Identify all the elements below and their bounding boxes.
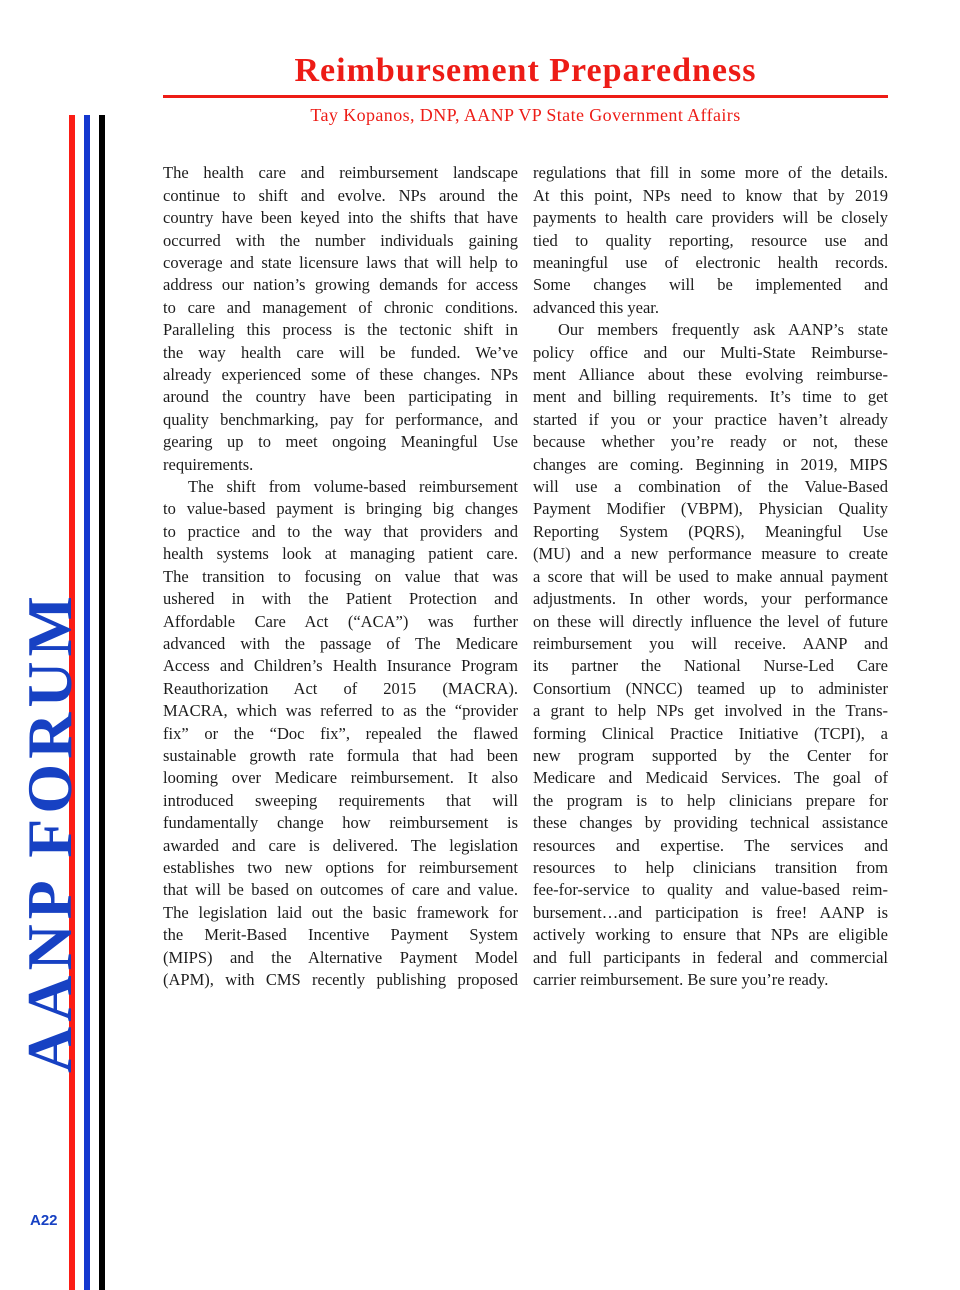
text-line: changes are coming. Beginning in 2019, M… [533,454,888,476]
text-line: payments to health care providers will b… [533,207,888,229]
text-line: quality benchmarking, pay for performanc… [163,409,518,431]
text-line: establishes two new options for reimburs… [163,857,518,879]
text-line: carrier reimbursement. Be sure you’re re… [533,969,888,991]
text-line: requirements. [163,454,518,476]
text-line: Reporting System (PQRS), Meaningful Use [533,521,888,543]
text-line: Reauthorization Act of 2015 (MACRA). [163,678,518,700]
text-line: advanced this year. [533,297,888,319]
text-line: Our members frequently ask AANP’s state [533,319,888,341]
text-line: actively working to ensure that NPs are … [533,924,888,946]
text-line: the way health care will be funded. We’v… [163,342,518,364]
text-line: country have been keyed into the shifts … [163,207,518,229]
text-line: ment Alliance about these evolving reimb… [533,364,888,386]
text-line: fundamentally change how reimbursement i… [163,812,518,834]
text-line: a grant to help NPs get involved in the … [533,700,888,722]
text-line: tied to quality reporting, resource use … [533,230,888,252]
article-byline: Tay Kopanos, DNP, AANP VP State Governme… [163,105,888,126]
text-line: fix” or the “Doc fix”, repealed the flaw… [163,723,518,745]
text-line: resources and expertise. The services an… [533,835,888,857]
text-line: on these will directly influence the lev… [533,611,888,633]
text-line: coverage and state licensure laws that w… [163,252,518,274]
text-line: (APM), with CMS recently publishing prop… [163,969,518,991]
text-line: Medicare and Medicaid Services. The goal… [533,767,888,789]
text-line: started if you or your practice haven’t … [533,409,888,431]
text-line: The legislation laid out the basic frame… [163,902,518,924]
text-line: occurred with the number individuals gai… [163,230,518,252]
text-line: The health care and reimbursement landsc… [163,162,518,184]
text-line: gearing up to meet ongoing Meaningful Us… [163,431,518,453]
text-line: ment and billing requirements. It’s time… [533,386,888,408]
text-line: and full participants in federal and com… [533,947,888,969]
text-line: address our nation’s growing demands for… [163,274,518,296]
text-line: health systems look at managing patient … [163,543,518,565]
text-line: advanced with the passage of The Medicar… [163,633,518,655]
article-content: Reimbursement Preparedness Tay Kopanos, … [163,0,888,991]
text-line: Affordable Care Act (“ACA”) was further [163,611,518,633]
text-line: forming Clinical Practice Initiative (TC… [533,723,888,745]
text-line: adjustments. In other words, your perfor… [533,588,888,610]
article-title: Reimbursement Preparedness [163,52,888,89]
text-line: (MIPS) and the Alternative Payment Model [163,947,518,969]
magazine-page: AANP FORUM A22 Reimbursement Preparednes… [0,0,960,1290]
text-line: the Merit-Based Incentive Payment System [163,924,518,946]
text-line: to care and management of chronic condit… [163,297,518,319]
text-line: policy office and our Multi-State Reimbu… [533,342,888,364]
text-line: regulations that fill in some more of th… [533,162,888,184]
text-line: continue to shift and evolve. NPs around… [163,185,518,207]
text-line: the program is to help clinicians prepar… [533,790,888,812]
text-line: fee-for-service to quality and value-bas… [533,879,888,901]
text-line: sustainable growth rate formula that had… [163,745,518,767]
text-column-right: regulations that fill in some more of th… [533,162,888,991]
text-line: introduced sweeping requirements that wi… [163,790,518,812]
text-line: The shift from volume-based reimbursemen… [163,476,518,498]
text-line: bursement…and participation is free! AAN… [533,902,888,924]
text-line: (MU) and a new performance measure to cr… [533,543,888,565]
text-line: The transition to focusing on value that… [163,566,518,588]
text-line: Some changes will be implemented and [533,274,888,296]
text-line: ushered in with the Patient Protection a… [163,588,518,610]
text-line: a score that will be used to make annual… [533,566,888,588]
text-column-left: The health care and reimbursement landsc… [163,162,518,991]
text-line: Payment Modifier (VBPM), Physician Quali… [533,498,888,520]
text-line: awarded and care is delivered. The legis… [163,835,518,857]
text-line: At this point, NPs need to know that by … [533,185,888,207]
text-line: MACRA, which was referred to as the “pro… [163,700,518,722]
title-rule [163,95,888,98]
text-line: that will be based on outcomes of care a… [163,879,518,901]
text-line: because whether you’re ready or not, the… [533,431,888,453]
text-line: these changes by providing technical ass… [533,812,888,834]
text-line: Access and Children’s Health Insurance P… [163,655,518,677]
text-line: to practice and to the way that provider… [163,521,518,543]
text-line: around the country have been participati… [163,386,518,408]
text-line: resources to help clinicians transition … [533,857,888,879]
text-line: Paralleling this process is the tectonic… [163,319,518,341]
text-line: Consortium (NNCC) teamed up to administe… [533,678,888,700]
text-line: already experienced some of these change… [163,364,518,386]
masthead-black-stripe [99,115,105,1290]
text-line: meaningful use of electronic health reco… [533,252,888,274]
text-line: will use a combination of the Value-Base… [533,476,888,498]
text-line: to value-based payment is bringing big c… [163,498,518,520]
text-line: looming over Medicare reimbursement. It … [163,767,518,789]
text-line: reimbursement you will receive. AANP and [533,633,888,655]
aanp-forum-vertical-title: AANP FORUM [13,591,87,1073]
article-body: The health care and reimbursement landsc… [163,162,888,991]
text-line: its partner the National Nurse-Led Care [533,655,888,677]
text-line: new program supported by the Center for [533,745,888,767]
page-number: A22 [30,1212,58,1229]
